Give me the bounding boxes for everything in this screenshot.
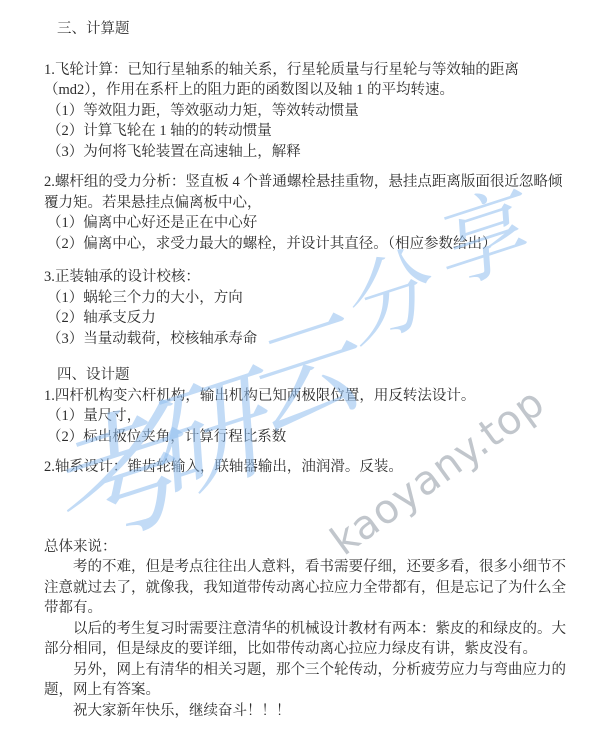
calc-q1-item: （2）计算飞轮在 1 轴的的转动惯量 xyxy=(44,121,572,142)
calc-q1-item: （3）为何将飞轮装置在高速轴上，解释 xyxy=(44,142,572,163)
calc-q3-item: （2）轴承支反力 xyxy=(44,308,572,329)
design-q1-intro: 1.四杆机构变六杆机构，输出机构已知两极限位置，用反转法设计。 xyxy=(44,386,572,407)
summary-paragraph: 另外，网上有清华的相关习题，那个三个轮传动，分析疲劳应力与弯曲应力的题，网上有答… xyxy=(44,660,572,701)
calc-q3-intro: 3.正装轴承的设计校核： xyxy=(44,267,572,288)
design-q1-item: （2）标出极位夹角，计算行程比系数 xyxy=(44,427,572,448)
summary-paragraph: 祝大家新年快乐，继续奋斗！！！ xyxy=(44,701,572,722)
calc-q2-intro: 2.螺杆组的受力分析：竖直板 4 个普通螺栓悬挂重物，悬挂点距离版面很近忽略倾覆… xyxy=(44,172,572,213)
design-q1-item: （1）量尺寸， xyxy=(44,406,572,427)
calc-q1-intro: 1.飞轮计算：已知行星轴系的轴关系，行星轮质量与行星轮与等效轴的距离（md2），… xyxy=(44,60,572,101)
calc-q3-item: （3）当量动载荷，校核轴承寿命 xyxy=(44,329,572,350)
summary-paragraph: 以后的考生复习时需要注意清华的机械设计教材有两本：紫皮的和绿皮的。大部分相同，但… xyxy=(44,619,572,660)
document-content: 三、计算题 1.飞轮计算：已知行星轴系的轴关系，行星轮质量与行星轮与等效轴的距离… xyxy=(44,19,572,721)
calc-q2-item: （1）偏离中心好还是正在中心好 xyxy=(44,213,572,234)
summary-paragraph: 考的不难，但是考点往往出人意料，看书需要仔细，还要多看，很多小细节不注意就过去了… xyxy=(44,557,572,619)
section-heading-calculation: 三、计算题 xyxy=(44,19,572,40)
calc-q2-item: （2）偏离中心，求受力最大的螺栓，并设计其直径。（相应参数给出） xyxy=(44,234,572,255)
calc-q3-item: （1）蜗轮三个力的大小，方向 xyxy=(44,288,572,309)
summary-heading: 总体来说： xyxy=(44,537,572,558)
calc-q1-item: （1）等效阻力距，等效驱动力矩，等效转动惯量 xyxy=(44,101,572,122)
section-heading-design: 四、设计题 xyxy=(44,365,572,386)
design-q2-intro: 2.轴系设计：锥齿轮输入，联轴器输出，油润滑。反装。 xyxy=(44,457,572,478)
